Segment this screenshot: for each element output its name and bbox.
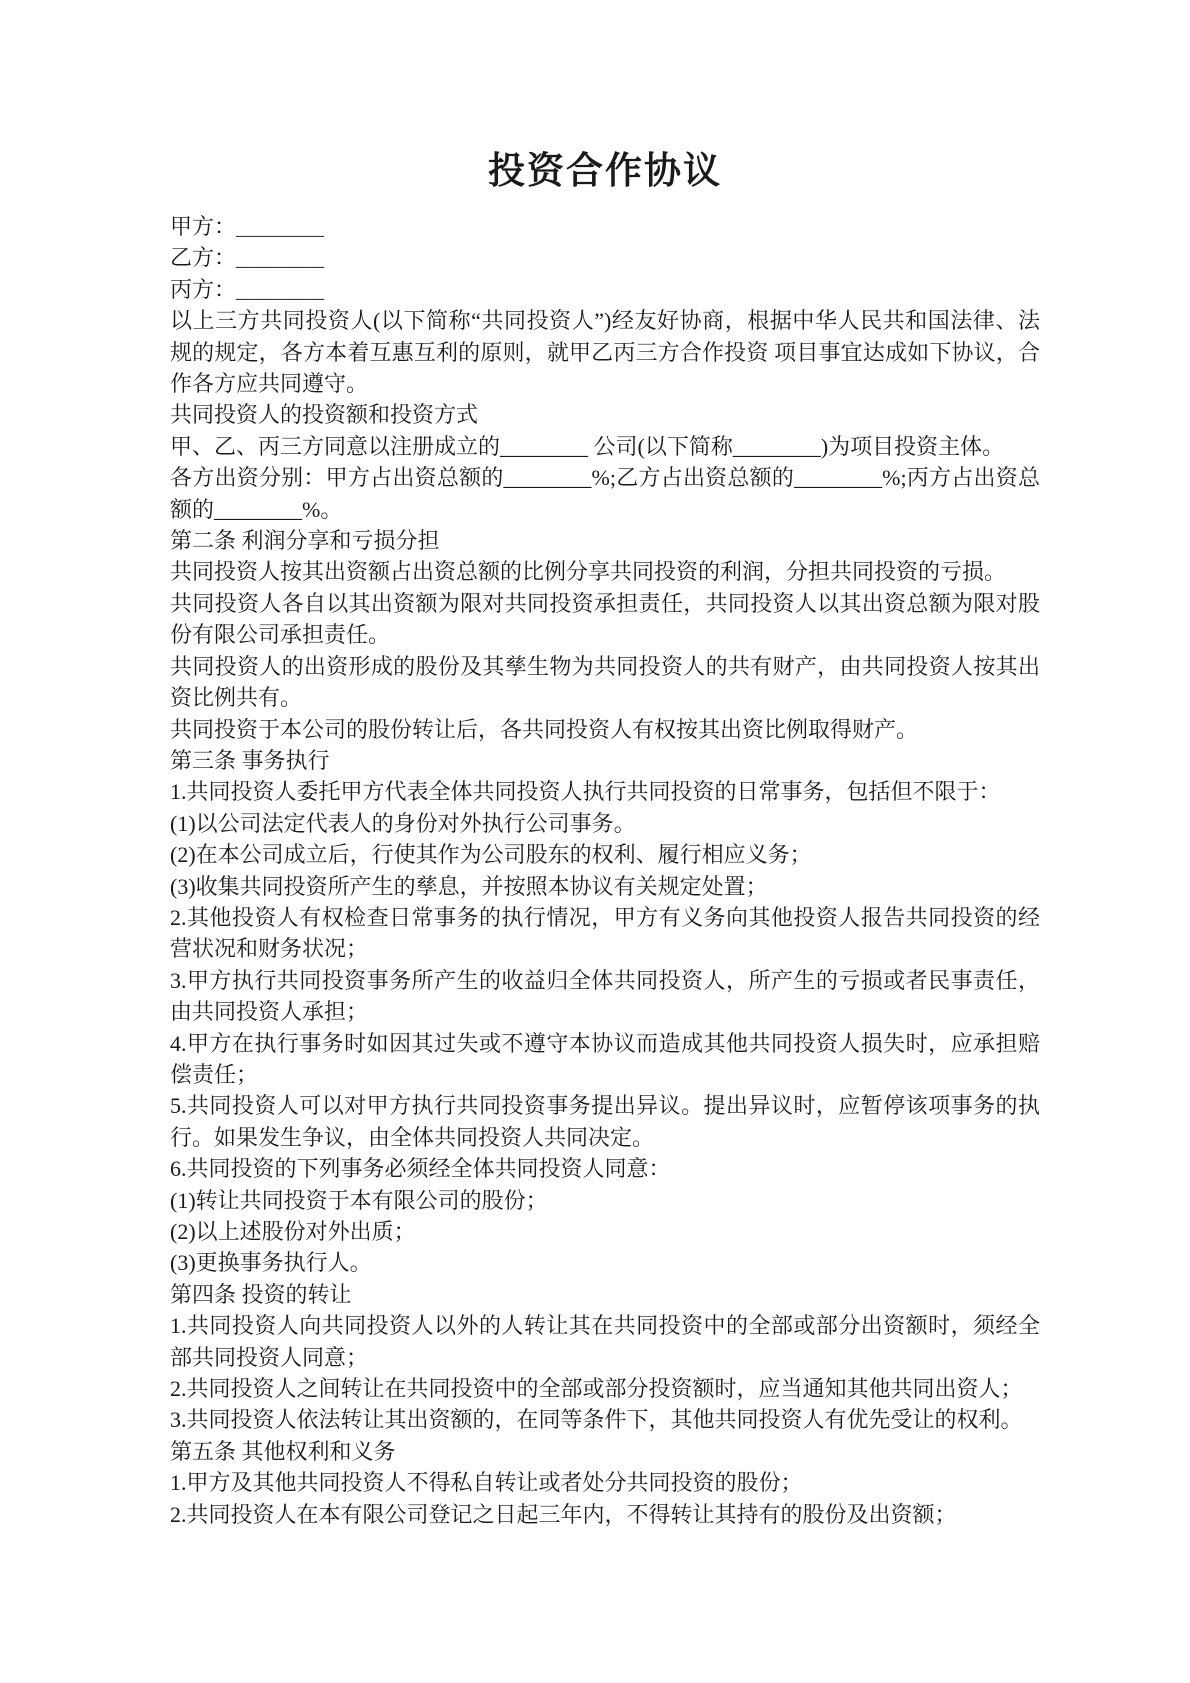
paragraph: 2.共同投资人在本有限公司登记之日起三年内，不得转让其持有的股份及出资额； bbox=[170, 1499, 1040, 1530]
document-body: 以上三方共同投资人(以下简称“共同投资人”)经友好协商，根据中华人民共和国法律、… bbox=[170, 305, 1040, 1530]
paragraph: 2.其他投资人有权检查日常事务的执行情况，甲方有义务向其他投资人报告共同投资的经… bbox=[170, 902, 1040, 965]
paragraph: 共同投资人各自以其出资额为限对共同投资承担责任，共同投资人以其出资总额为限对股份… bbox=[170, 588, 1040, 651]
paragraph: 各方出资分别：甲方占出资总额的________%;乙方占出资总额的_______… bbox=[170, 462, 1040, 525]
paragraph: 以上三方共同投资人(以下简称“共同投资人”)经友好协商，根据中华人民共和国法律、… bbox=[170, 305, 1040, 399]
paragraph: (3)更换事务执行人。 bbox=[170, 1247, 1040, 1278]
paragraph: 3.共同投资人依法转让其出资额的，在同等条件下，其他共同投资人有优先受让的权利。 bbox=[170, 1404, 1040, 1435]
party-blank-field: ________ bbox=[236, 277, 324, 302]
paragraph: 第二条 利润分享和亏损分担 bbox=[170, 525, 1040, 556]
paragraph: 1.共同投资人委托甲方代表全体共同投资人执行共同投资的日常事务，包括但不限于： bbox=[170, 776, 1040, 807]
paragraph: 4.甲方在执行事务时如因其过失或不遵守本协议而造成其他共同投资人损失时，应承担赔… bbox=[170, 1028, 1040, 1091]
party-label: 甲方： bbox=[170, 214, 236, 239]
paragraph: 2.共同投资人之间转让在共同投资中的全部或部分投资额时，应当通知其他共同出资人； bbox=[170, 1373, 1040, 1404]
paragraph: (3)收集共同投资所产生的孳息，并按照本协议有关规定处置； bbox=[170, 871, 1040, 902]
paragraph: 共同投资于本公司的股份转让后，各共同投资人有权按其出资比例取得财产。 bbox=[170, 714, 1040, 745]
paragraph: 5.共同投资人可以对甲方执行共同投资事务提出异议。提出异议时，应暂停该项事务的执… bbox=[170, 1090, 1040, 1153]
paragraph: (1)转让共同投资于本有限公司的股份； bbox=[170, 1185, 1040, 1216]
paragraph: 共同投资人的投资额和投资方式 bbox=[170, 399, 1040, 430]
paragraph: (1)以公司法定代表人的身份对外执行公司事务。 bbox=[170, 808, 1040, 839]
paragraph: 第四条 投资的转让 bbox=[170, 1279, 1040, 1310]
party-line: 乙方：________ bbox=[170, 242, 1040, 273]
paragraph: 1.共同投资人向共同投资人以外的人转让其在共同投资中的全部或部分出资额时，须经全… bbox=[170, 1310, 1040, 1373]
paragraph: 共同投资人的出资形成的股份及其孳生物为共同投资人的共有财产，由共同投资人按其出资… bbox=[170, 651, 1040, 714]
paragraph: 6.共同投资的下列事务必须经全体共同投资人同意： bbox=[170, 1153, 1040, 1184]
document-page: 投资合作协议 甲方：________乙方：________丙方：________… bbox=[0, 0, 1190, 1683]
paragraph: 甲、乙、丙三方同意以注册成立的________ 公司(以下简称________)… bbox=[170, 431, 1040, 462]
paragraph: 1.甲方及其他共同投资人不得私自转让或者处分共同投资的股份； bbox=[170, 1467, 1040, 1498]
paragraph: (2)以上述股份对外出质； bbox=[170, 1216, 1040, 1247]
party-line: 丙方：________ bbox=[170, 274, 1040, 305]
party-label: 丙方： bbox=[170, 277, 236, 302]
party-line: 甲方：________ bbox=[170, 211, 1040, 242]
paragraph: 第三条 事务执行 bbox=[170, 745, 1040, 776]
party-label: 乙方： bbox=[170, 245, 236, 270]
party-blank-field: ________ bbox=[236, 245, 324, 270]
paragraph: 共同投资人按其出资额占出资总额的比例分享共同投资的利润，分担共同投资的亏损。 bbox=[170, 556, 1040, 587]
document-title: 投资合作协议 bbox=[170, 143, 1040, 201]
paragraph: 第五条 其他权利和义务 bbox=[170, 1436, 1040, 1467]
party-blank-field: ________ bbox=[236, 214, 324, 239]
paragraph: 3.甲方执行共同投资事务所产生的收益归全体共同投资人，所产生的亏损或者民事责任，… bbox=[170, 965, 1040, 1028]
paragraph: (2)在本公司成立后，行使其作为公司股东的权利、履行相应义务； bbox=[170, 839, 1040, 870]
parties-block: 甲方：________乙方：________丙方：________ bbox=[170, 211, 1040, 305]
